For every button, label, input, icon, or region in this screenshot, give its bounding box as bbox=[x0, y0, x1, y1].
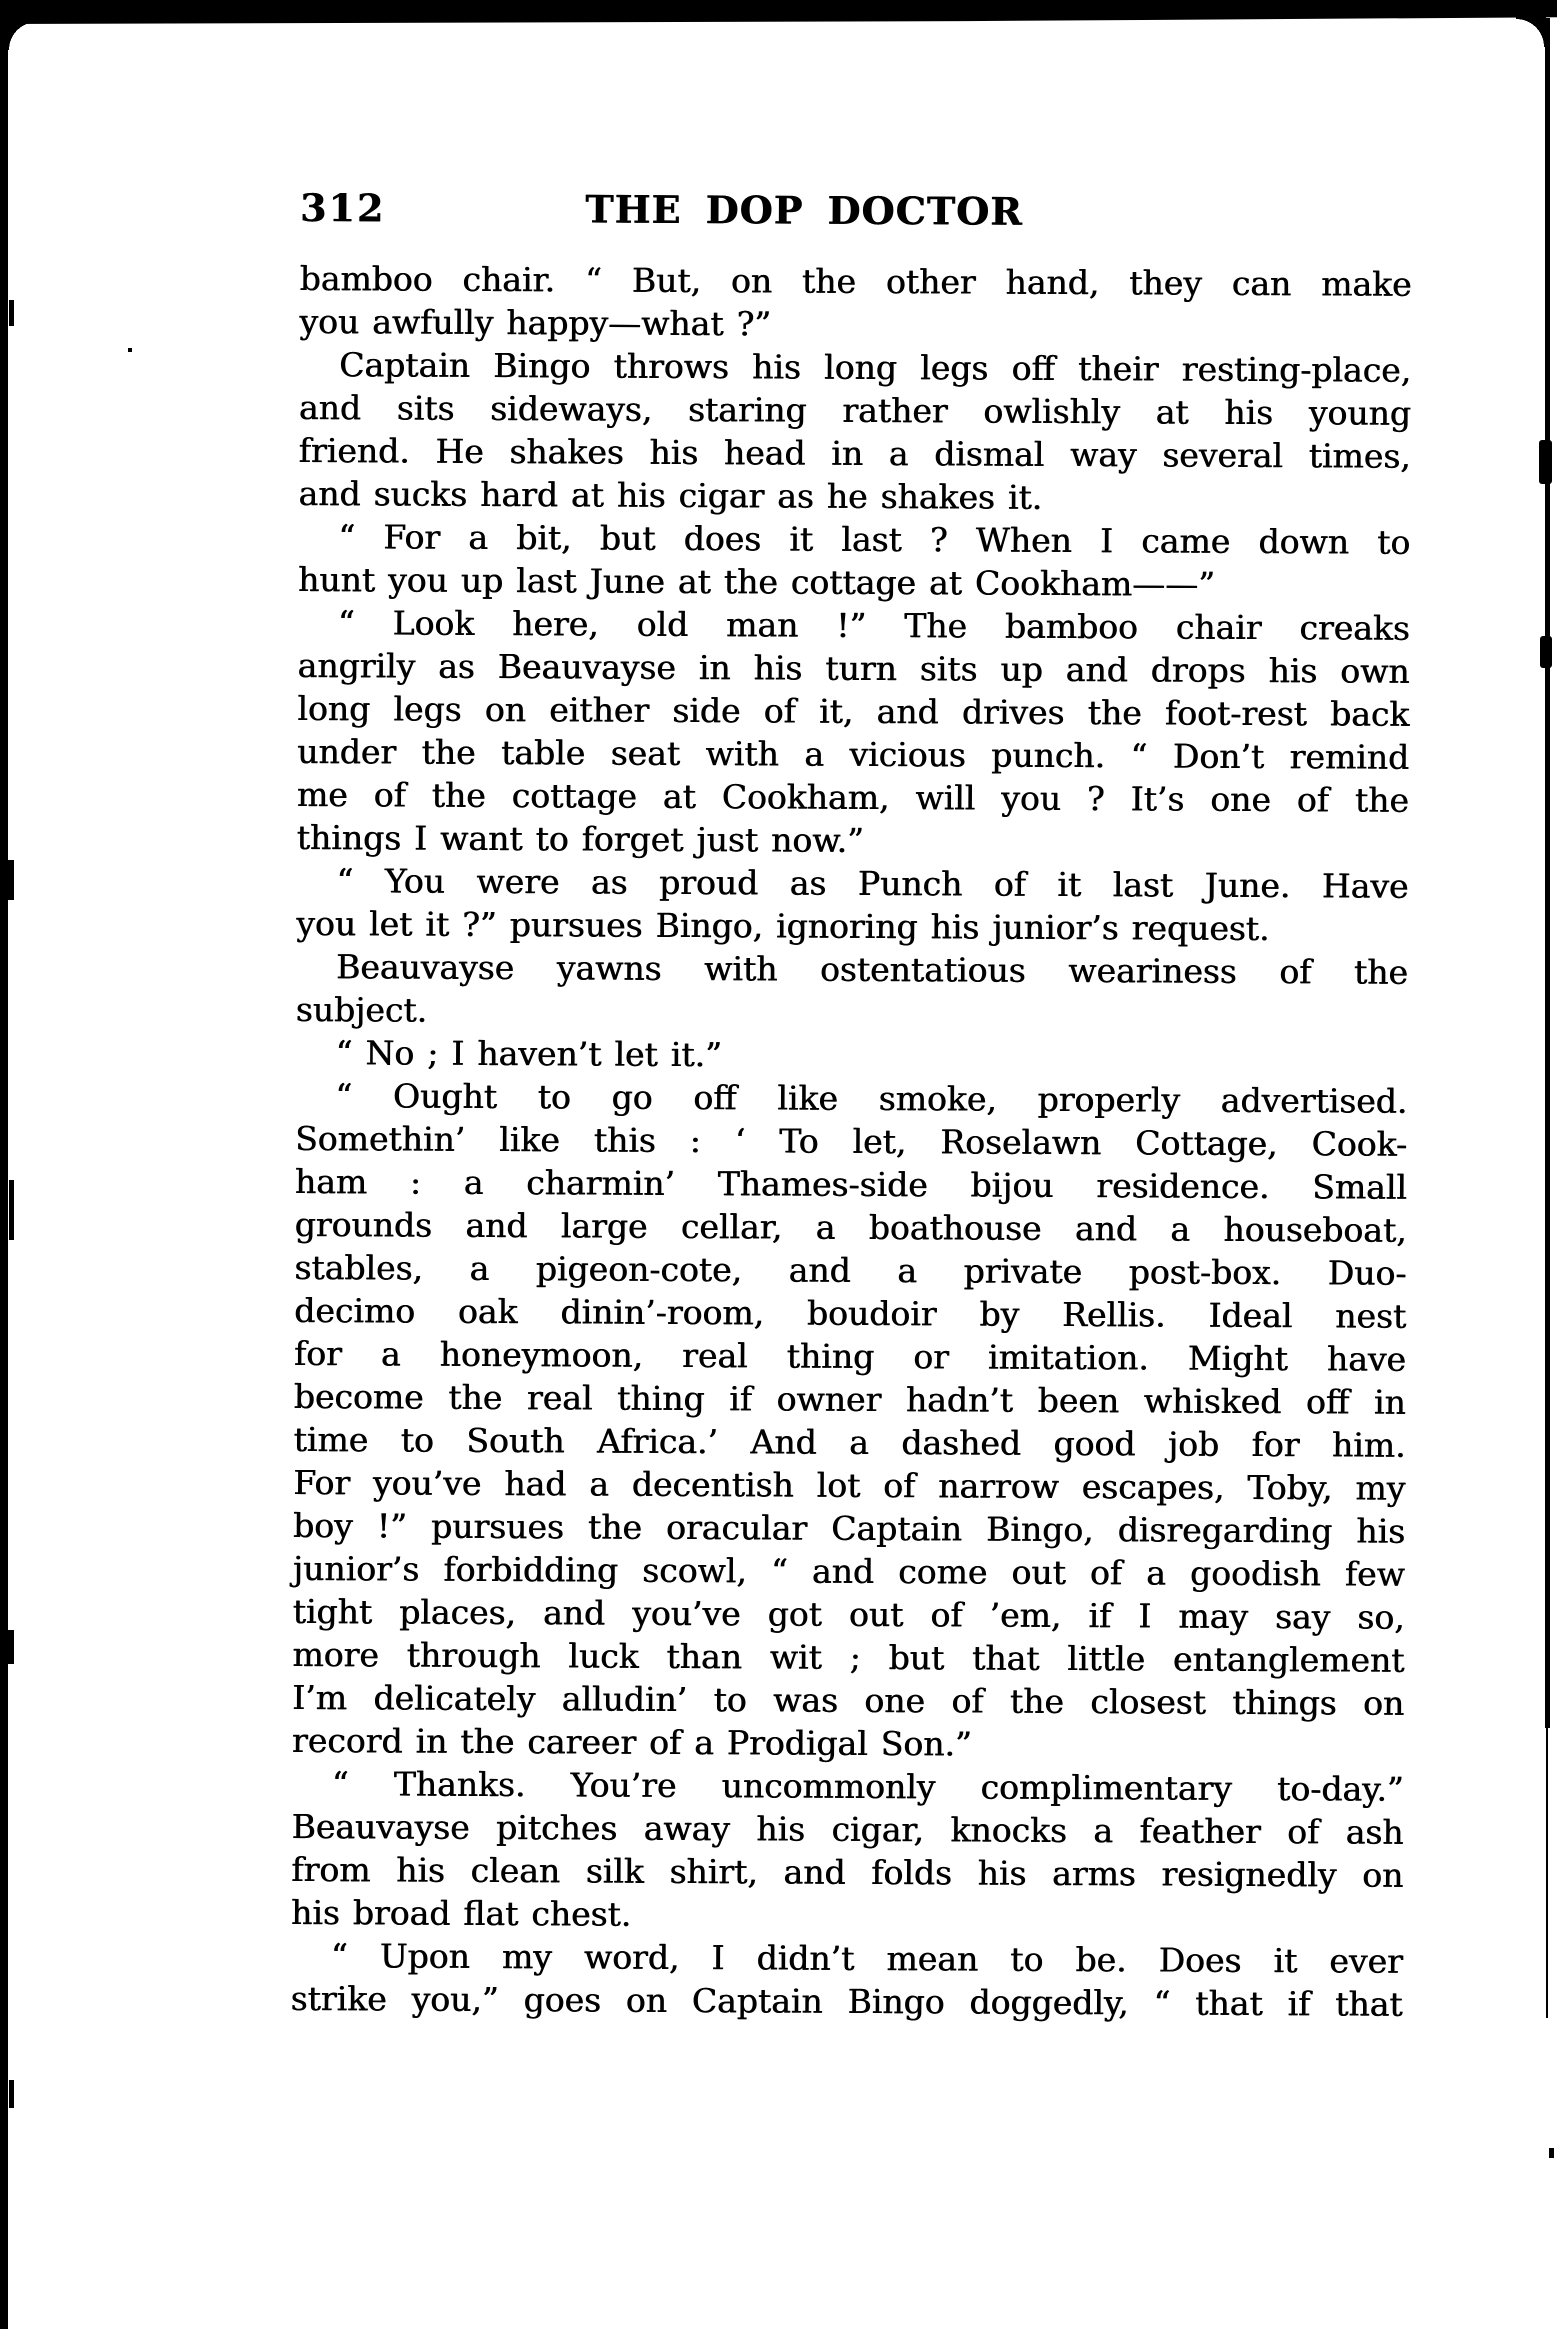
scan-artifact-speck bbox=[8, 860, 14, 900]
text-line: Beauvayse pitches away his cigar, knocks… bbox=[291, 1805, 1403, 1854]
page-content: 312 THE DOP DOCTOR bamboo chair. “ But, … bbox=[290, 186, 1412, 2026]
text-line: his broad flat chest. bbox=[291, 1891, 1403, 1940]
scanned-book-page: 312 THE DOP DOCTOR bamboo chair. “ But, … bbox=[0, 0, 1557, 2329]
text-line: from his clean silk shirt, and folds his… bbox=[291, 1848, 1403, 1897]
text-line: and sits sideways, staring rather owlish… bbox=[299, 386, 1411, 435]
text-line: “ Upon my word, I didn’t mean to be. Doe… bbox=[291, 1934, 1403, 1983]
scan-artifact-right-line-thin bbox=[1546, 1728, 1548, 2018]
text-line: time to South Africa.’ And a dashed good… bbox=[293, 1418, 1405, 1467]
text-line: For you’ve had a decentish lot of narrow… bbox=[293, 1461, 1405, 1510]
text-line: for a honeymoon, real thing or imitation… bbox=[294, 1332, 1406, 1381]
text-line: “ Ought to go off like smoke, properly a… bbox=[295, 1074, 1407, 1123]
text-line: ham : a charmin’ Thames-side bijou resid… bbox=[295, 1160, 1407, 1209]
text-line: decimo oak dinin’-room, boudoir by Relli… bbox=[294, 1289, 1406, 1338]
text-line: “ Thanks. You’re uncommonly complimentar… bbox=[292, 1762, 1404, 1811]
page-text: bamboo chair. “ But, on the other hand, … bbox=[290, 257, 1411, 2026]
scan-artifact-corner-top-right bbox=[1516, 17, 1546, 47]
text-line: junior’s forbidding scowl, “ and come ou… bbox=[293, 1547, 1405, 1596]
scan-artifact-blob bbox=[1540, 636, 1552, 668]
text-line: friend. He shakes his head in a dismal w… bbox=[299, 429, 1411, 478]
text-line: “ For a bit, but does it last ? When I c… bbox=[298, 515, 1410, 564]
scan-artifact-speck bbox=[9, 2080, 14, 2108]
text-line: record in the career of a Prodigal Son.” bbox=[292, 1719, 1404, 1768]
scan-artifact-left-strip bbox=[0, 0, 8, 2329]
text-line: “ No ; I haven’t let it.” bbox=[295, 1031, 1407, 1080]
scan-artifact-corner-top-left bbox=[7, 20, 37, 50]
text-line: angrily as Beauvayse in his turn sits up… bbox=[297, 644, 1409, 693]
text-line: I’m delicately alludin’ to was one of th… bbox=[292, 1676, 1404, 1725]
text-line: “ You were as proud as Punch of it last … bbox=[296, 859, 1408, 908]
text-line: me of the cottage at Cookham, will you ?… bbox=[297, 773, 1409, 822]
text-line: more through luck than wit ; but that li… bbox=[292, 1633, 1404, 1682]
text-line: grounds and large cellar, a boathouse an… bbox=[294, 1203, 1406, 1252]
text-line: hunt you up last June at the cottage at … bbox=[298, 558, 1410, 607]
scan-artifact-blob bbox=[1539, 440, 1552, 484]
text-line: and sucks hard at his cigar as he shakes… bbox=[298, 472, 1410, 521]
text-line: you let it ?” pursues Bingo, ignoring hi… bbox=[296, 902, 1408, 951]
text-line: stables, a pigeon-cote, and a private po… bbox=[294, 1246, 1406, 1295]
scan-artifact-speck bbox=[8, 1630, 14, 1664]
text-line: things I want to forget just now.” bbox=[296, 816, 1408, 865]
text-line: become the real thing if owner hadn’t be… bbox=[294, 1375, 1406, 1424]
scan-artifact-speck bbox=[9, 1180, 14, 1240]
text-line: subject. bbox=[296, 988, 1408, 1037]
text-line: you awfully happy—what ?” bbox=[299, 300, 1411, 349]
text-line: Captain Bingo throws his long legs off t… bbox=[299, 343, 1411, 392]
running-header: 312 THE DOP DOCTOR bbox=[300, 186, 1412, 238]
text-line: boy !” pursues the oracular Captain Bing… bbox=[293, 1504, 1405, 1553]
scan-artifact-speck bbox=[1549, 2148, 1554, 2158]
text-line: tight places, and you’ve got out of ’em,… bbox=[292, 1590, 1404, 1639]
text-line: strike you,” goes on Captain Bingo dogge… bbox=[290, 1977, 1402, 2026]
scan-artifact-top-band bbox=[0, 0, 1557, 24]
text-line: Somethin’ like this : ‘ To let, Roselawn… bbox=[295, 1117, 1407, 1166]
page-header-title: THE DOP DOCTOR bbox=[248, 186, 1360, 236]
text-line: Beauvayse yawns with ostentatious wearin… bbox=[296, 945, 1408, 994]
scan-artifact-speck bbox=[9, 300, 14, 326]
text-line: “ Look here, old man !” The bamboo chair… bbox=[298, 601, 1410, 650]
text-line: under the table seat with a vicious punc… bbox=[297, 730, 1409, 779]
scan-artifact-speck bbox=[128, 348, 132, 352]
scan-artifact-right-line bbox=[1545, 18, 1550, 1728]
text-line: bamboo chair. “ But, on the other hand, … bbox=[299, 257, 1411, 306]
text-line: long legs on either side of it, and driv… bbox=[297, 687, 1409, 736]
